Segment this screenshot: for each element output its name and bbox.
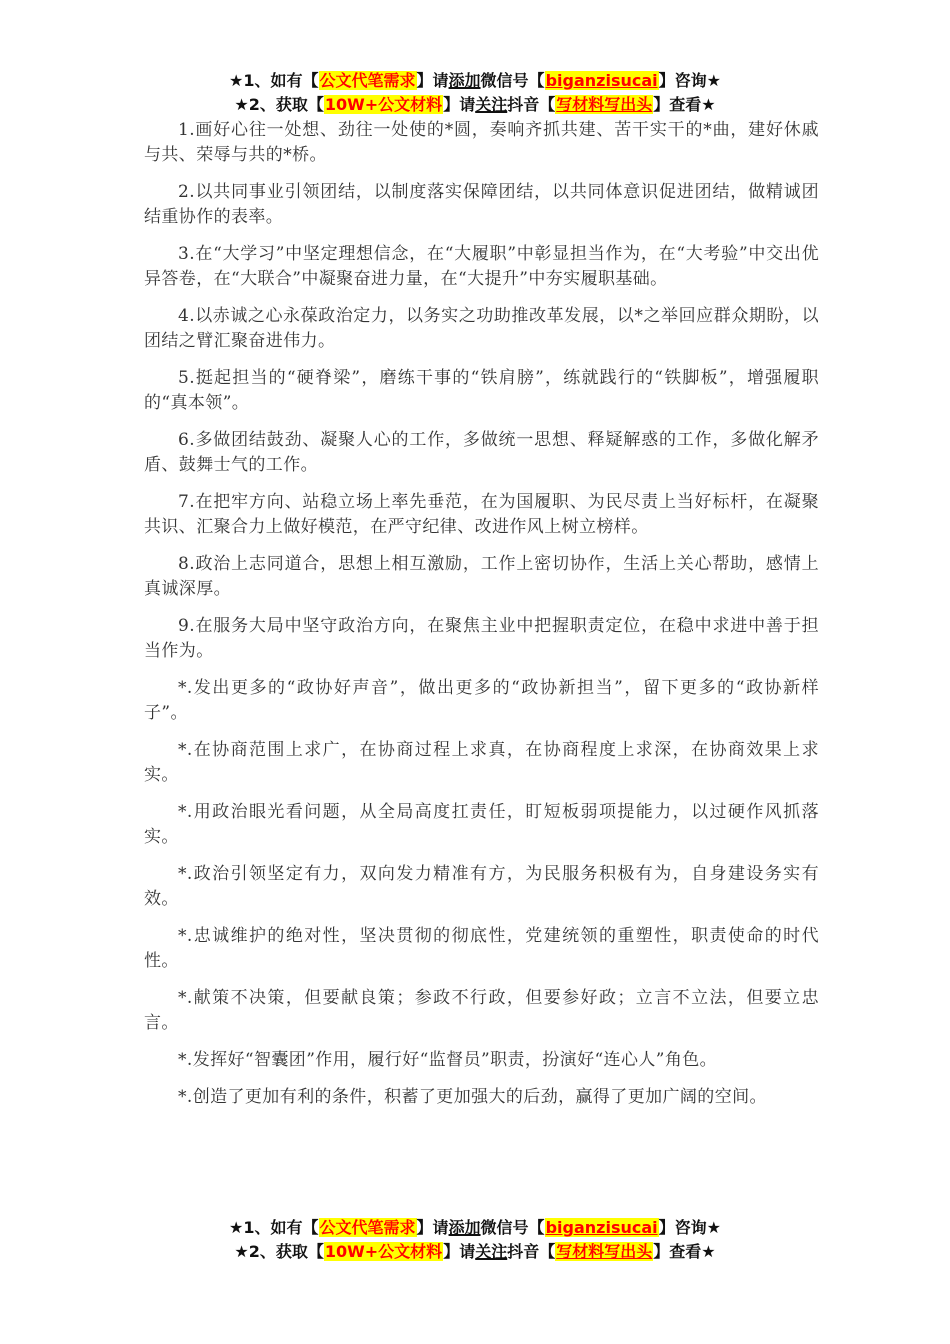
star-icon: ★ [229,1218,243,1237]
paragraph: *.发挥好“智囊团”作用，履行好“监督员”职责，扮演好“连心人”角色。 [144,1048,819,1073]
star-icon: ★ [229,71,243,90]
star-icon: ★ [707,1218,721,1237]
paragraph: 3.在“大学习”中坚定理想信念，在“大履职”中彰显担当作为，在“大考验”中交出优… [144,242,819,292]
wechat-id-link[interactable]: biganzisucai [545,1218,659,1237]
promo-text: 】请 [417,71,449,90]
paragraph: 2.以共同事业引领团结，以制度落实保障团结，以共同体意识促进团结，做精诚团结重协… [144,180,819,230]
promo-text: 抖音【 [507,95,555,114]
underlined-text: 关注 [475,1242,507,1261]
promo-text: 】请 [443,1242,475,1261]
promo-text: 】咨询 [659,1218,707,1237]
promo-banner-top: ★1、如有【公文代笔需求】请添加微信号【biganzisucai】咨询★ ★2、… [0,69,950,117]
promo-text: 微信号【 [481,71,545,90]
star-icon: ★ [234,1242,248,1261]
promo-text: 】咨询 [659,71,707,90]
star-icon: ★ [707,71,721,90]
paragraph: 6.多做团结鼓劲、凝聚人心的工作，多做统一思想、释疑解惑的工作，多做化解矛盾、鼓… [144,428,819,478]
paragraph: 8.政治上志同道合，思想上相互激励，工作上密切协作，生活上关心帮助，感情上真诚深… [144,552,819,602]
promo-text: 1、如有【 [243,1218,318,1237]
paragraph: *.发出更多的“政协好声音”，做出更多的“政协新担当”，留下更多的“政协新样子”… [144,676,819,726]
promo-text: 微信号【 [481,1218,545,1237]
paragraph: *.在协商范围上求广，在协商过程上求真，在协商程度上求深，在协商效果上求实。 [144,738,819,788]
promo-text: 1、如有【 [243,71,318,90]
paragraph: 9.在服务大局中坚守政治方向，在聚焦主业中把握职责定位，在稳中求进中善于担当作为… [144,614,819,664]
star-icon: ★ [701,95,715,114]
paragraph: 1.画好心往一处想、劲往一处使的*圆，奏响齐抓共建、苦干实干的*曲，建好休戚与共… [144,118,819,168]
underlined-text: 添加 [449,1218,481,1237]
paragraph: 4.以赤诚之心永葆政治定力，以务实之功助推改革发展，以*之举回应群众期盼，以团结… [144,304,819,354]
promo-line-1: ★1、如有【公文代笔需求】请添加微信号【biganzisucai】咨询★ [0,1216,950,1240]
star-icon: ★ [701,1242,715,1261]
promo-text: 2、获取【 [249,1242,324,1261]
paragraph: *.用政治眼光看问题，从全局高度扛责任，盯短板弱项提能力，以过硬作风抓落实。 [144,800,819,850]
promo-line-2: ★2、获取【10W+公文材料】请关注抖音【写材料写出头】查看★ [0,1240,950,1264]
document-page: ★1、如有【公文代笔需求】请添加微信号【biganzisucai】咨询★ ★2、… [0,0,950,1344]
promo-text: 】请 [443,95,475,114]
wechat-id-link[interactable]: biganzisucai [545,71,659,90]
highlight-materials: 10W+公文材料 [324,1242,443,1261]
star-icon: ★ [234,95,248,114]
promo-text: 抖音【 [507,1242,555,1261]
douyin-account-link[interactable]: 写材料写出头 [555,95,653,114]
underlined-text: 添加 [449,71,481,90]
highlight-service: 公文代笔需求 [319,71,417,90]
paragraph: 7.在把牢方向、站稳立场上率先垂范，在为国履职、为民尽责上当好标杆，在凝聚共识、… [144,490,819,540]
paragraph: *.创造了更加有利的条件，积蓄了更加强大的后劲，赢得了更加广阔的空间。 [144,1085,819,1110]
promo-text: 】查看 [653,95,701,114]
paragraph: 5.挺起担当的“硬脊梁”，磨练干事的“铁肩膀”，练就践行的“铁脚板”，增强履职的… [144,366,819,416]
highlight-materials: 10W+公文材料 [324,95,443,114]
promo-text: 2、获取【 [249,95,324,114]
paragraph: *.献策不决策，但要献良策；参政不行政，但要参好政；立言不立法，但要立忠言。 [144,986,819,1036]
document-body: 1.画好心往一处想、劲往一处使的*圆，奏响齐抓共建、苦干实干的*曲，建好休戚与共… [144,118,819,1122]
paragraph: *.政治引领坚定有力，双向发力精准有方，为民服务积极有为，自身建设务实有效。 [144,862,819,912]
underlined-text: 关注 [475,95,507,114]
promo-line-2: ★2、获取【10W+公文材料】请关注抖音【写材料写出头】查看★ [0,93,950,117]
highlight-service: 公文代笔需求 [319,1218,417,1237]
paragraph: *.忠诚维护的绝对性，坚决贯彻的彻底性，党建统领的重塑性，职责使命的时代性。 [144,924,819,974]
douyin-account-link[interactable]: 写材料写出头 [555,1242,653,1261]
promo-banner-bottom: ★1、如有【公文代笔需求】请添加微信号【biganzisucai】咨询★ ★2、… [0,1216,950,1264]
promo-text: 】查看 [653,1242,701,1261]
promo-text: 】请 [417,1218,449,1237]
promo-line-1: ★1、如有【公文代笔需求】请添加微信号【biganzisucai】咨询★ [0,69,950,93]
